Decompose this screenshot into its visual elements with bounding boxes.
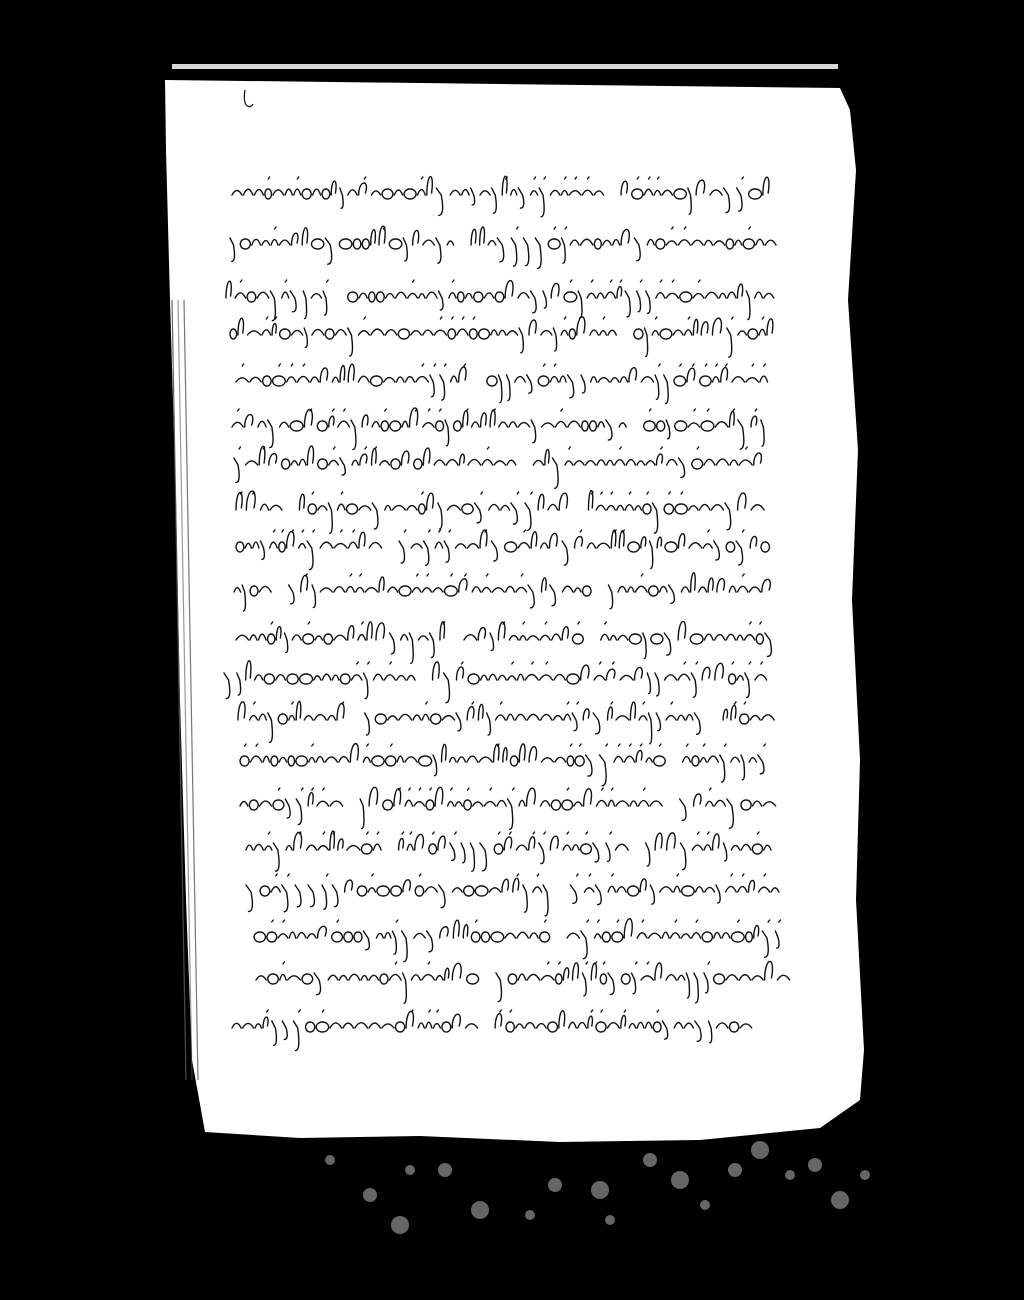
decorative-speck <box>700 1200 710 1210</box>
decorative-speck <box>728 1163 742 1177</box>
decorative-speck <box>785 1170 795 1180</box>
decorative-speck <box>438 1163 452 1177</box>
manuscript-scan <box>0 0 1024 1300</box>
decorative-speck <box>325 1155 335 1165</box>
decorative-speck <box>831 1191 849 1209</box>
decorative-speck <box>405 1165 415 1175</box>
decorative-speck <box>471 1201 489 1219</box>
top-page-edge-strip <box>172 64 838 69</box>
decorative-speck <box>525 1210 535 1220</box>
decorative-speck <box>605 1215 615 1225</box>
decorative-speck <box>751 1141 769 1159</box>
decorative-speck <box>808 1158 822 1172</box>
decorative-speck <box>548 1178 562 1192</box>
decorative-speck <box>671 1171 689 1189</box>
decorative-speck <box>591 1181 609 1199</box>
decorative-speck <box>363 1188 377 1202</box>
decorative-speck <box>860 1170 870 1180</box>
decorative-speck <box>643 1153 657 1167</box>
decorative-speck <box>391 1216 409 1234</box>
